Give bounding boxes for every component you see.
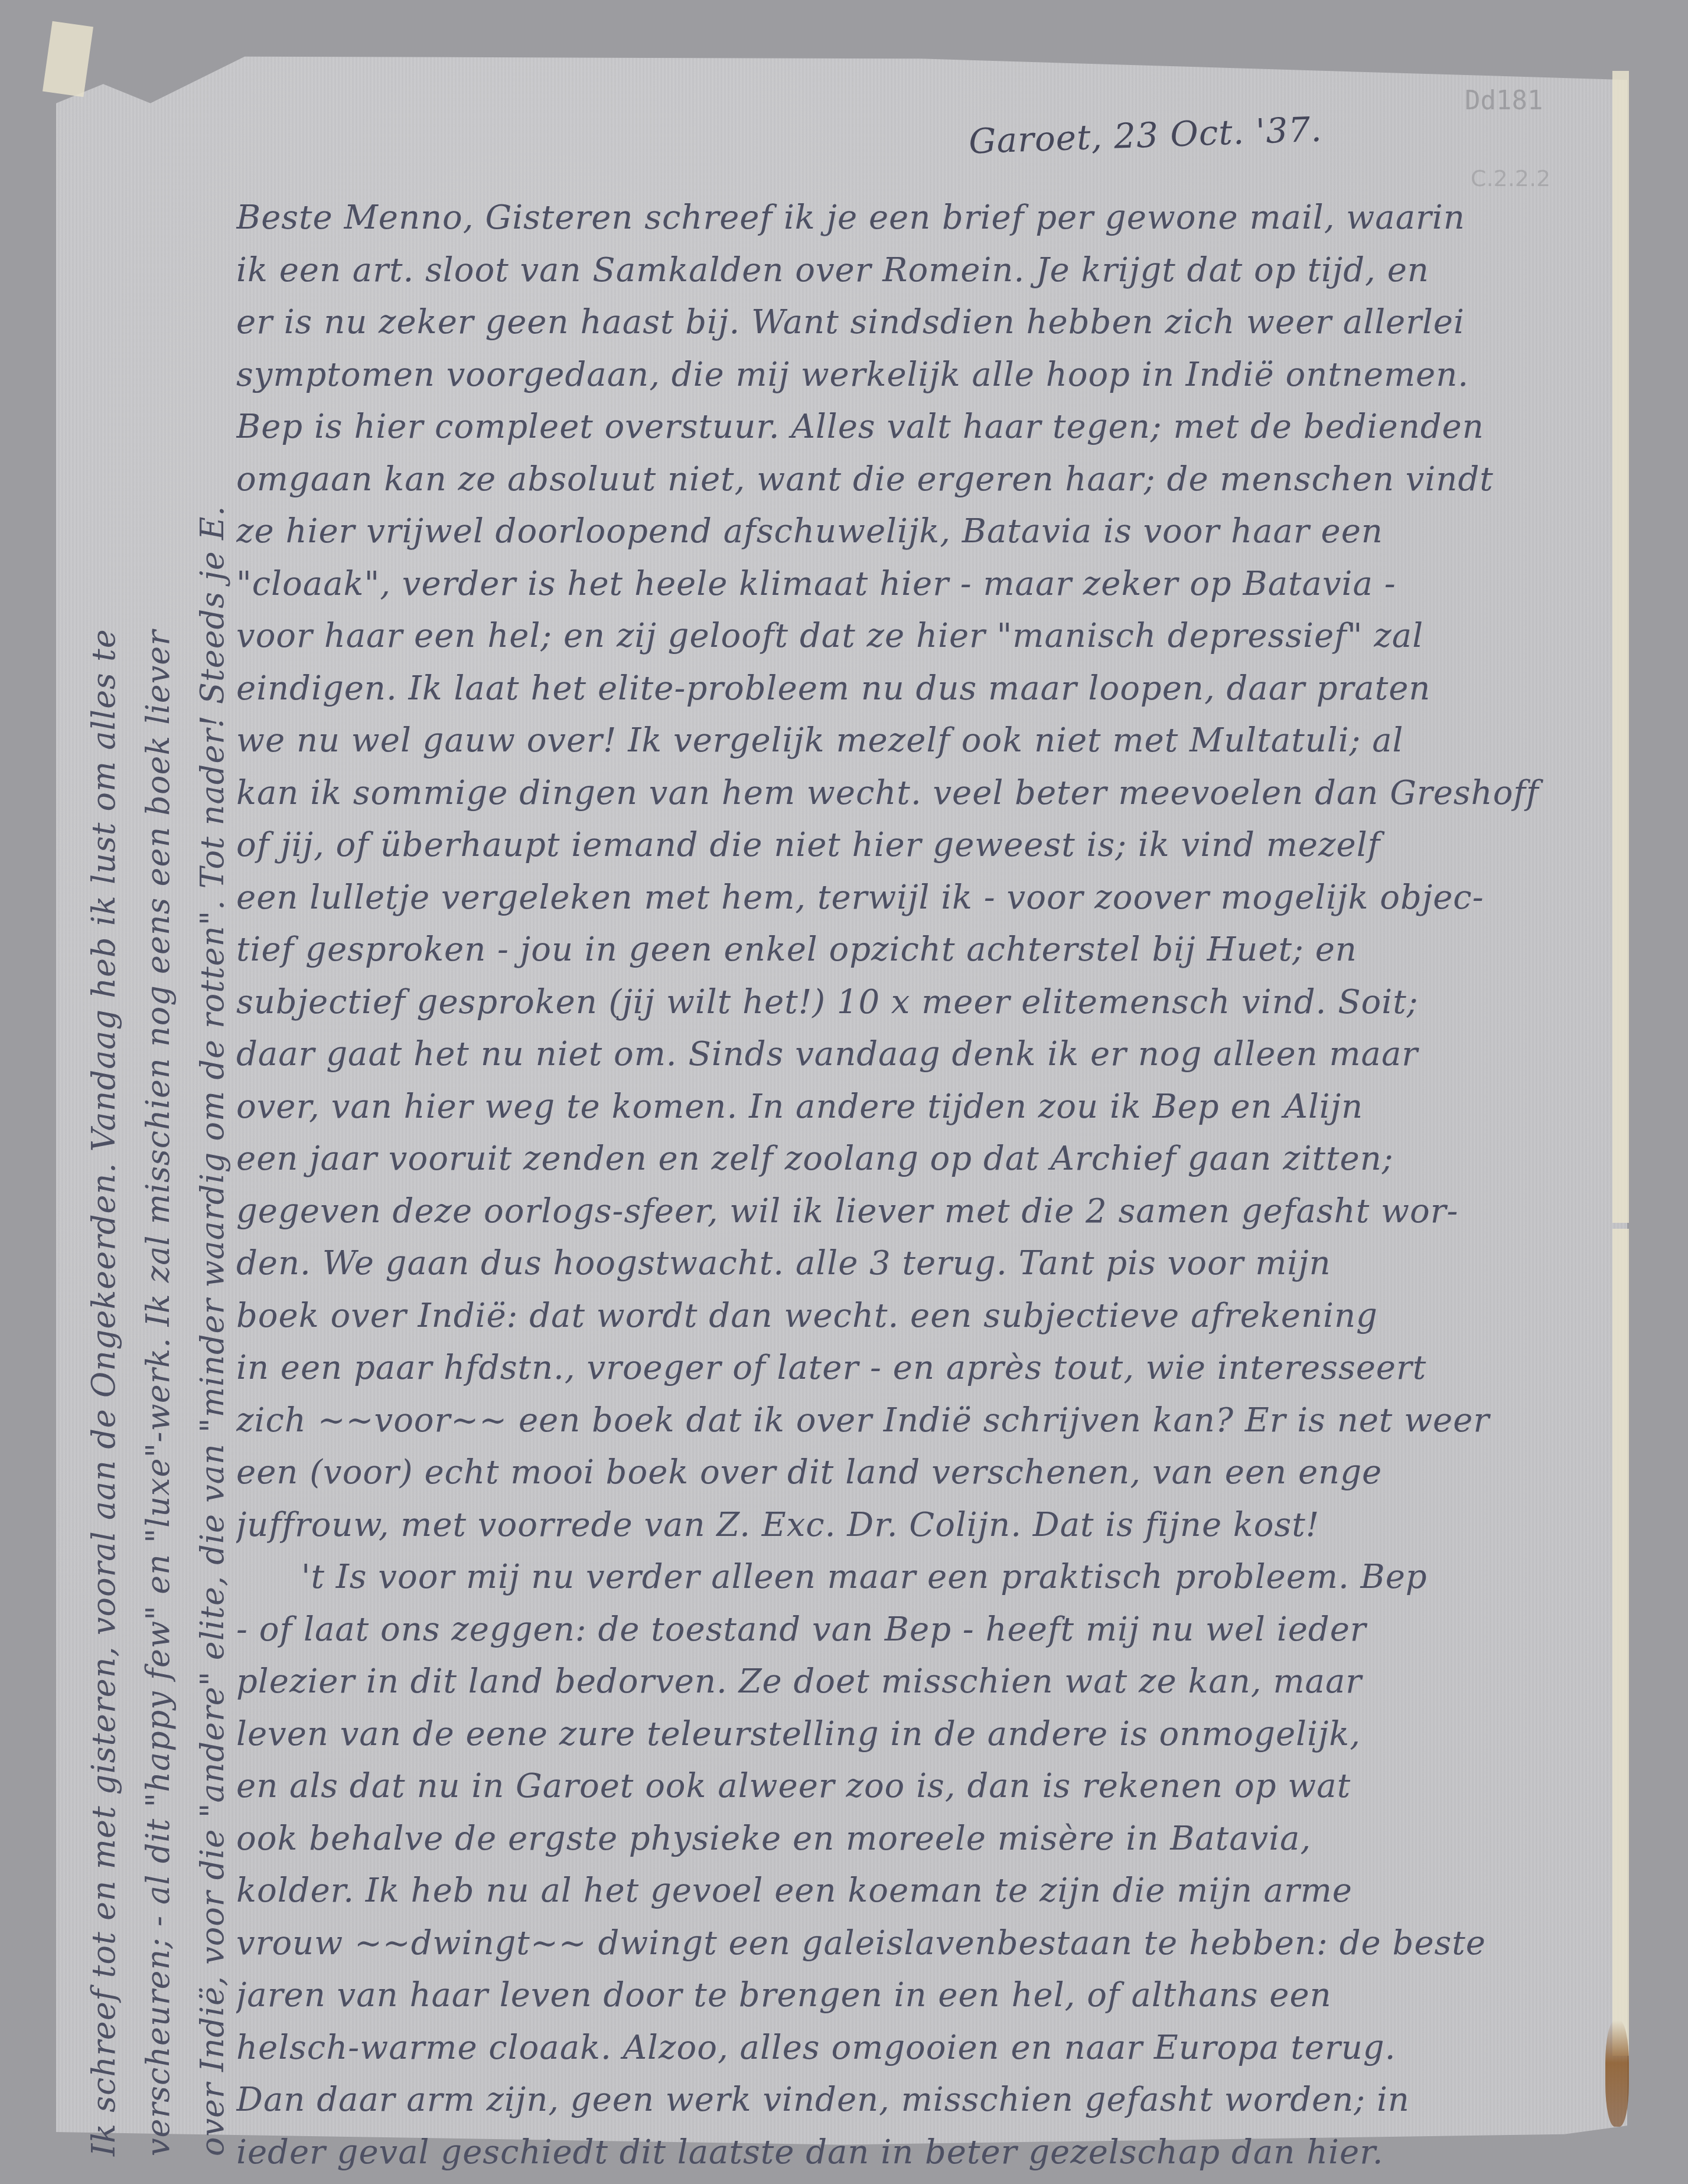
letter-line: in een paar hfdstn., vroeger of later - …	[236, 1342, 1630, 1395]
letter-line: symptomen voorgedaan, die mij werkelijk …	[236, 349, 1630, 402]
letter-line: over, van hier weg te komen. In andere t…	[236, 1081, 1630, 1134]
letter-line: vrouw ~~dwingt~~ dwingt een galeislavenb…	[236, 1918, 1630, 1970]
letter-line: en als dat nu in Garoet ook alweer zoo i…	[236, 1760, 1630, 1813]
letter-line: ze hier vrijwel doorloopend afschuwelijk…	[236, 506, 1630, 558]
letter-line: er is nu zeker geen haast bij. Want sind…	[236, 297, 1630, 349]
letter-line: Beste Menno, Gisteren schreef ik je een …	[236, 192, 1630, 245]
letter-line: kolder. Ik heb nu al het gevoel een koem…	[236, 1865, 1630, 1918]
letter-line: gegeven deze oorlogs-sfeer, wil ik lieve…	[236, 1186, 1630, 1238]
letter-line: 't Is voor mij nu verder alleen maar een…	[236, 1551, 1630, 1604]
tape-top-left	[43, 21, 93, 97]
letter-line: - of laat ons zeggen: de toestand van Be…	[236, 1604, 1630, 1656]
letter-line: plezier in dit land bedorven. Ze doet mi…	[236, 1656, 1630, 1708]
letter-line: subjectief gesproken (jij wilt het!) 10 …	[236, 977, 1630, 1029]
letter-line: Dan daar arm zijn, geen werk vinden, mis…	[236, 2074, 1630, 2127]
archive-code: C.2.2.2	[1471, 165, 1550, 191]
margin-line: Ik schreef tot en met gisteren, vooral a…	[77, 207, 131, 2156]
letter-body: Beste Menno, Gisteren schreef ik je een …	[236, 192, 1630, 2179]
letter-line: jaren van haar leven door te brengen in …	[236, 1970, 1630, 2022]
margin-line: over Indië, voor die "andere" elite, die…	[185, 207, 240, 2156]
letter-line: tief gesproken - jou in geen enkel opzic…	[236, 924, 1630, 977]
letter-line: helsch-warme cloaak. Alzoo, alles omgooi…	[236, 2022, 1630, 2075]
letter-line: boek over Indië: dat wordt dan wecht. ee…	[236, 1290, 1630, 1343]
letter-line: den. We gaan dus hoogstwacht. alle 3 ter…	[236, 1238, 1630, 1290]
letter-line: omgaan kan ze absoluut niet, want die er…	[236, 454, 1630, 506]
letter-line: eindigen. Ik laat het elite-probleem nu …	[236, 663, 1630, 715]
archive-number: Dd181	[1465, 86, 1543, 116]
letter-line: zich ~~voor~~ een boek dat ik over Indië…	[236, 1395, 1630, 1447]
margin-note: Ik schreef tot en met gisteren, vooral a…	[77, 207, 240, 2156]
letter-line: voor haar een hel; en zij gelooft dat ze…	[236, 610, 1630, 663]
margin-line: verscheuren; - al dit "happy few" en "lu…	[131, 207, 185, 2156]
letter-line: "cloaak", verder is het heele klimaat hi…	[236, 558, 1630, 611]
letter-line: een lulletje vergeleken met hem, terwijl…	[236, 872, 1630, 925]
letter-line: ieder geval geschiedt dit laatste dan in…	[236, 2127, 1630, 2179]
letter-line: ook behalve de ergste physieke en moreel…	[236, 1813, 1630, 1866]
letter-line: een (voor) echt mooi boek over dit land …	[236, 1447, 1630, 1499]
letter-line: we nu wel gauw over! Ik vergelijk mezelf…	[236, 715, 1630, 767]
letter-line: een jaar vooruit zenden en zelf zoolang …	[236, 1133, 1630, 1186]
letter-line: of jij, of überhaupt iemand die niet hie…	[236, 819, 1630, 872]
letter-line: daar gaat het nu niet om. Sinds vandaag …	[236, 1028, 1630, 1081]
letter-line: kan ik sommige dingen van hem wecht. vee…	[236, 767, 1630, 820]
letter-line: Bep is hier compleet overstuur. Alles va…	[236, 401, 1630, 454]
letter-line: ik een art. sloot van Samkalden over Rom…	[236, 245, 1630, 297]
letter-line: juffrouw, met voorrede van Z. Exc. Dr. C…	[236, 1499, 1630, 1552]
letter-line: leven van de eene zure teleurstelling in…	[236, 1708, 1630, 1761]
